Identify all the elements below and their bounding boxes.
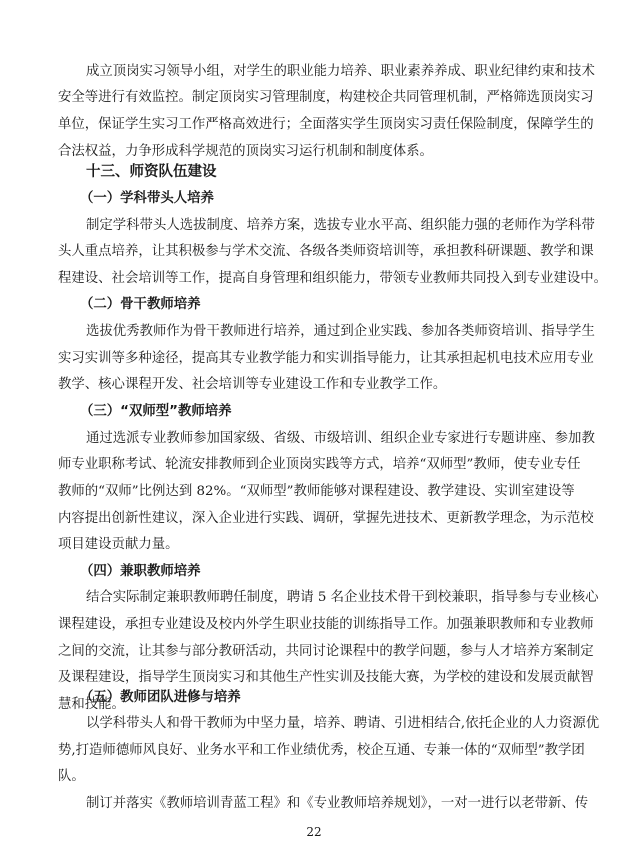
paragraph-line: 教师的“双师”比例达到 82%。“双师型”教师能够对课程建设、教学建设、实训室建… (58, 482, 572, 502)
paragraph-line: 之间的交流，让其参与部分教研活动，共同讨论课程中的教学问题，参与人才培养方案制定 (58, 642, 572, 662)
paragraph-line: 课程建设，承担专业建设及校内外学生职业技能的训练指导工作。加强兼职教师和专业教师 (58, 615, 572, 635)
paragraph-line: 制定学科带头人选拔制度、培养方案，选拔专业水平高、组织能力强的老师作为学科带 (86, 216, 572, 236)
paragraph-line: 内容提出创新性建议，深入企业进行实践、调研，掌握先进技术、更新教学理念，为示范校 (58, 509, 572, 529)
paragraph-line: 师专业职称考试、轮流安排教师到企业顶岗实践等方式，培养“双师型”教师，使专业专任 (58, 455, 572, 475)
subsection-heading-4: （四）兼职教师培养 (80, 562, 201, 582)
paragraph-line: 势,打造师德师风良好、业务水平和工作业绩优秀，校企互通、专兼一体的“双师型”教学… (58, 741, 572, 761)
paragraph-line: 成立顶岗实习领导小组，对学生的职业能力培养、职业素养养成、职业纪律约束和技术 (86, 62, 572, 82)
paragraph-line: 实习实训等多种途径，提高其专业教学能力和实训指导能力，让其承担起机电技术应用专业 (58, 349, 572, 369)
paragraph-line: 单位，保证学生实习工作严格高效进行；全面落实学生顶岗实习责任保险制度，保障学生的 (58, 115, 572, 135)
paragraph-line: 结合实际制定兼职教师聘任制度，聘请 5 名企业技术骨干到校兼职，指导参与专业核心 (86, 588, 572, 608)
paragraph-line: 制订并落实《教师培训青蓝工程》和《专业教师培养规划》，一对一进行以老带新、传 (86, 794, 572, 814)
document-page: 成立顶岗实习领导小组，对学生的职业能力培养、职业素养养成、职业纪律约束和技术 安… (0, 0, 628, 860)
paragraph-line: 项目建设贡献力量。 (58, 535, 572, 555)
paragraph-line: 选拔优秀教师作为骨干教师进行培养，通过到企业实践、参加各类师资培训、指导学生 (86, 322, 572, 342)
paragraph-line: 教学、核心课程开发、社会培训等专业建设工作和专业教学工作。 (58, 375, 572, 395)
subsection-heading-3: （三）“双师型”教师培养 (80, 402, 232, 422)
paragraph-line: 通过选派专业教师参加国家级、省级、市级培训、组织企业专家进行专题讲座、参加教 (86, 429, 572, 449)
section-heading: 十三、师资队伍建设 (86, 162, 217, 182)
paragraph-line: 及课程建设，指导学生顶岗实习和其他生产性实训及技能大赛，为学校的建设和发展贡献智 (58, 668, 572, 688)
paragraph-line: 队。 (58, 767, 572, 787)
paragraph-line: 以学科带头人和骨干教师为中坚力量，培养、聘请、引进相结合,依托企业的人力资源优 (86, 714, 572, 734)
paragraph-line: 程建设、社会培训等工作，提高自身管理和组织能力，带领专业教师共同投入到专业建设中… (58, 269, 572, 289)
paragraph-line: 头人重点培养，让其积极参与学术交流、各级各类师资培训等，承担教科研课题、教学和课 (58, 242, 572, 262)
subsection-heading-1: （一）学科带头人培养 (80, 189, 214, 209)
paragraph-line: 安全等进行有效监控。制定顶岗实习管理制度，构建校企共同管理机制，严格筛选顶岗实习 (58, 88, 572, 108)
subsection-heading-2: （二）骨干教师培养 (80, 295, 201, 315)
page-number: 22 (0, 822, 628, 842)
paragraph-line: 合法权益，力争形成科学规范的顶岗实习运行机制和制度体系。 (58, 142, 572, 162)
subsection-heading-5: （五）教师团队进修与培养 (80, 688, 241, 708)
